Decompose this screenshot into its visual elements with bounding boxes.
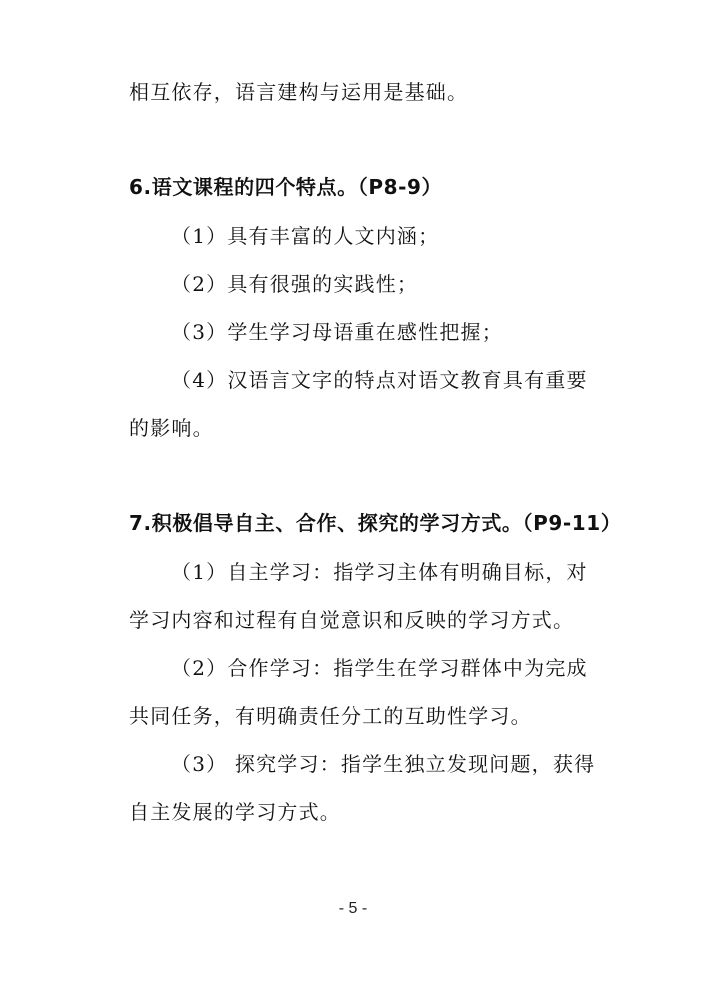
section-7-item-2: （2）合作学习：指学生在学习群体中为完成 — [171, 654, 631, 682]
section-7-item-2-continued: 共同任务，有明确责任分工的互助性学习。 — [129, 702, 589, 730]
section-6-item-1: （1）具有丰富的人文内涵； — [171, 222, 631, 250]
section-7-item-1: （1）自主学习：指学习主体有明确目标，对 — [171, 558, 631, 586]
document-page: 相互依存，语言建构与运用是基础。 6.语文课程的四个特点。（P8-9） （1）具… — [0, 0, 706, 1001]
section-6-item-4-continued: 的影响。 — [129, 414, 589, 442]
section-7-item-3: （3） 探究学习：指学生独立发现问题，获得 — [171, 750, 631, 778]
section-6-item-3: （3）学生学习母语重在感性把握； — [171, 318, 631, 346]
section-7-item-1-continued: 学习内容和过程有自觉意识和反映的学习方式。 — [129, 606, 589, 634]
section-6-item-4: （4）汉语言文字的特点对语文教育具有重要 — [171, 366, 631, 394]
section-7-item-3-continued: 自主发展的学习方式。 — [129, 798, 589, 826]
section-6-item-2: （2）具有很强的实践性； — [171, 270, 631, 298]
section-7-heading: 7.积极倡导自主、合作、探究的学习方式。（P9-11） — [129, 509, 589, 537]
page-number: - 5 - — [0, 900, 706, 918]
continuation-text: 相互依存，语言建构与运用是基础。 — [129, 78, 589, 106]
section-6-heading: 6.语文课程的四个特点。（P8-9） — [129, 173, 589, 201]
